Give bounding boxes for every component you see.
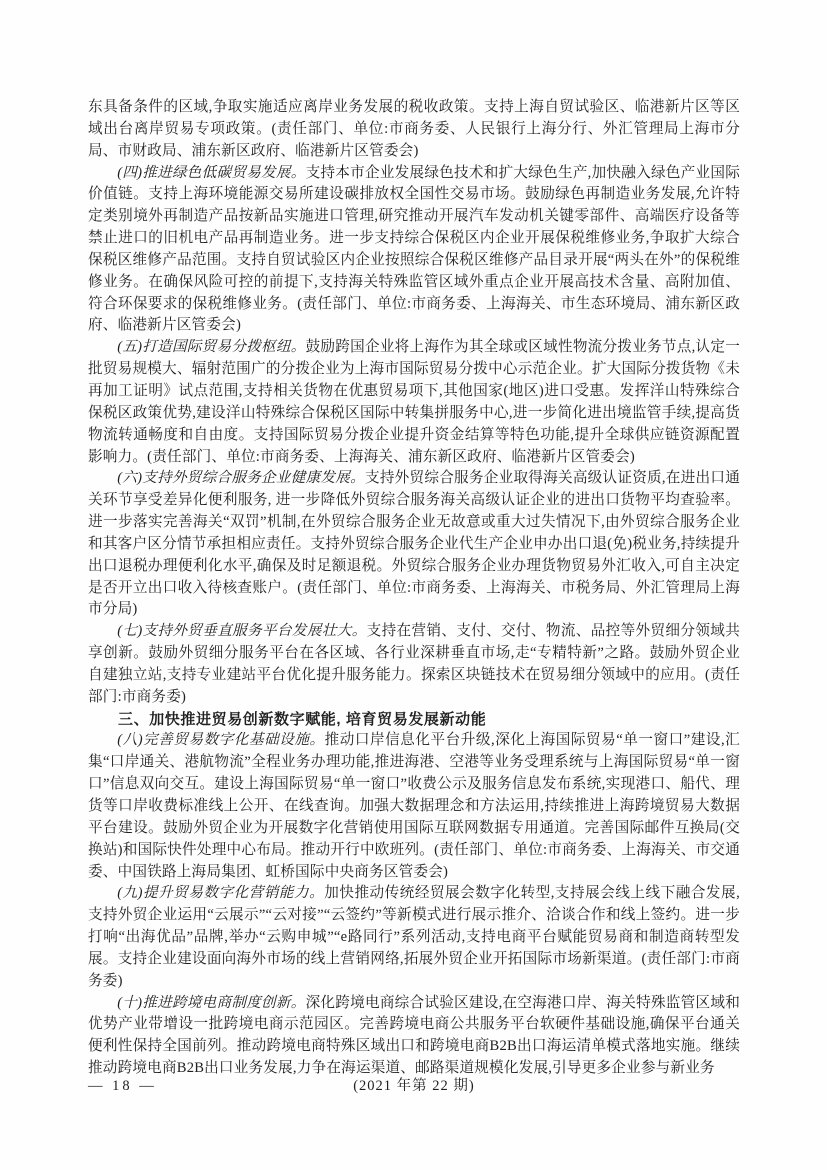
paragraph-continuation: 东具备条件的区域,争取实施适应离岸业务发展的税收政策。支持上海自贸试验区、临港新… xyxy=(88,97,740,163)
item-body-6: 支持外贸综合服务企业取得海关高级认证资质,在进出口通关环节享受差异化便利服务, … xyxy=(88,470,740,617)
item-paragraph-6: (六)支持外贸综合服务企业健康发展。支持外贸综合服务企业取得海关高级认证资质,在… xyxy=(88,468,740,621)
item-body-5: 鼓励跨国企业将上海作为其全球或区域性物流分拨业务节点,认定一批贸易规模大、辐射范… xyxy=(88,339,740,464)
item-lead-9: (九)提升贸易数字化营销能力。 xyxy=(117,885,324,901)
document-page: 东具备条件的区域,争取实施适应离岸业务发展的税收政策。支持上海自贸试验区、临港新… xyxy=(0,0,827,1170)
item-lead-5: (五)打造国际贸易分拨枢纽。 xyxy=(117,339,305,355)
document-body: 东具备条件的区域,争取实施适应离岸业务发展的税收政策。支持上海自贸试验区、临港新… xyxy=(88,97,740,1080)
item-paragraph-7: (七)支持外贸垂直服务平台发展壮大。支持在营销、支付、交付、物流、品控等外贸细分… xyxy=(88,621,740,708)
item-body-4: 支持本市企业发展绿色技术和扩大绿色生产,加快融入绿色产业国际价值链。支持上海环境… xyxy=(88,165,740,334)
item-paragraph-8: (八)完善贸易数字化基础设施。推动口岸信息化平台升级,深化上海国际贸易“单一窗口… xyxy=(88,730,740,883)
item-paragraph-10: (十)推进跨境电商制度创新。深化跨境电商综合试验区建设,在空海港口岸、海关特殊监… xyxy=(88,993,740,1080)
item-body-8: 推动口岸信息化平台升级,深化上海国际贸易“单一窗口”建设,汇集“口岸通关、港航物… xyxy=(88,732,740,879)
page-footer: — 18 — (2021 年第 22 期) xyxy=(88,1076,740,1096)
item-lead-7: (七)支持外贸垂直服务平台发展壮大。 xyxy=(117,623,366,639)
item-lead-4: (四)推进绿色低碳贸易发展。 xyxy=(117,165,305,181)
item-paragraph-4: (四)推进绿色低碳贸易发展。支持本市企业发展绿色技术和扩大绿色生产,加快融入绿色… xyxy=(88,163,740,338)
item-lead-10: (十)推进跨境电商制度创新。 xyxy=(117,995,305,1011)
continuation-text: 东具备条件的区域,争取实施适应离岸业务发展的税收政策。支持上海自贸试验区、临港新… xyxy=(88,99,740,159)
item-lead-6: (六)支持外贸综合服务企业健康发展。 xyxy=(117,470,365,486)
item-paragraph-5: (五)打造国际贸易分拨枢纽。鼓励跨国企业将上海作为其全球或区域性物流分拨业务节点… xyxy=(88,337,740,468)
item-paragraph-9: (九)提升贸易数字化营销能力。加快推动传统经贸展会数字化转型,支持展会线上线下融… xyxy=(88,883,740,992)
section-heading-3: 三、加快推进贸易创新数字赋能, 培育贸易发展新动能 xyxy=(88,709,740,731)
item-lead-8: (八)完善贸易数字化基础设施。 xyxy=(117,732,324,748)
footer-page-number: — 18 — xyxy=(88,1076,157,1096)
footer-issue-label: (2021 年第 22 期) xyxy=(88,1076,740,1096)
